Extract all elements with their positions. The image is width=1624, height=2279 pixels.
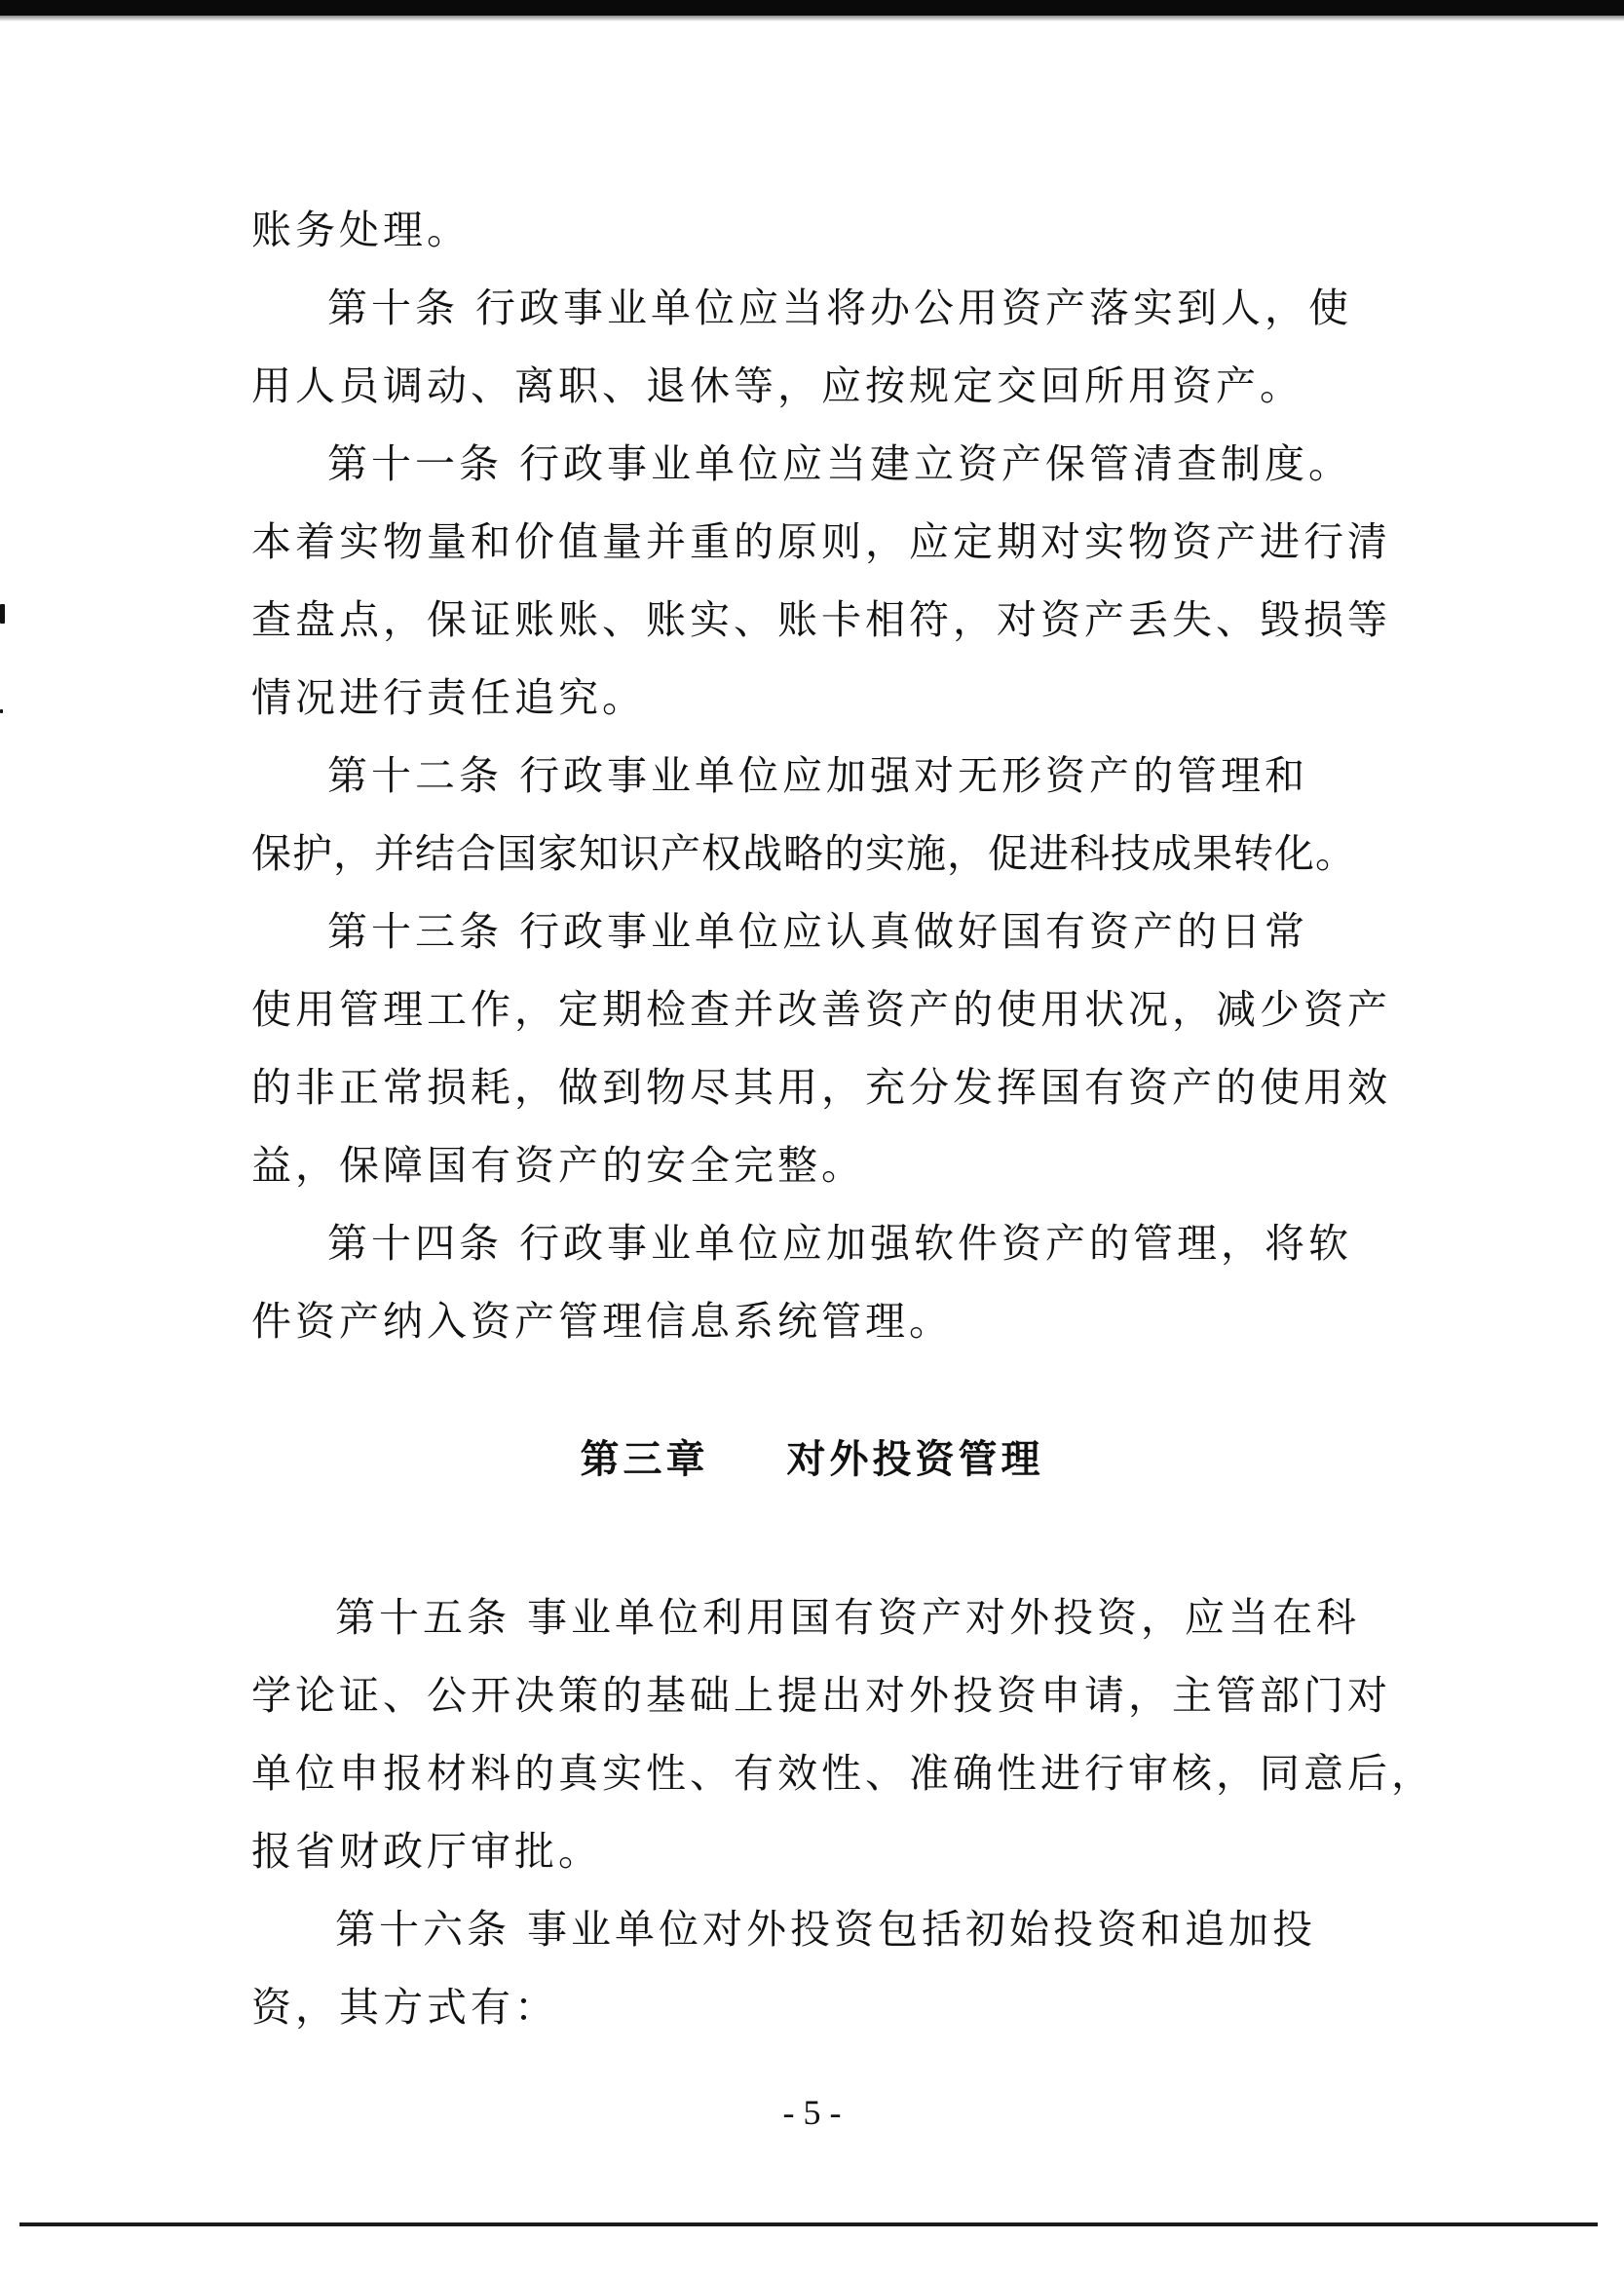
article-10-line-2: 用人员调动、离职、退休等，应按规定交回所用资产。 [251, 362, 1381, 409]
scan-border-bottom [19, 2222, 1598, 2226]
document-page: 账务处理。 第十条 行政事业单位应当将办公用资产落实到人，使 用人员调动、离职、… [0, 0, 1624, 2279]
article-10-line-1: 第十条 行政事业单位应当将办公用资产落实到人，使 [327, 285, 1457, 331]
chapter-number: 第三章 [581, 1437, 709, 1482]
article-15-line-2: 学论证、公开决策的基础上提出对外投资申请，主管部门对 [251, 1672, 1381, 1719]
article-12-line-1: 第十二条 行政事业单位应加强对无形资产的管理和 [327, 752, 1457, 799]
article-13-line-4: 益，保障国有资产的安全完整。 [251, 1142, 1381, 1189]
article-13-line-1: 第十三条 行政事业单位应认真做好国有资产的日常 [327, 908, 1457, 955]
article-11-line-2: 本着实物量和价值量并重的原则，应定期对实物资产进行清 [251, 518, 1381, 565]
chapter-heading: 第三章对外投资管理 [0, 1436, 1624, 1483]
article-15-line-3: 单位申报材料的真实性、有效性、准确性进行审核，同意后， [251, 1750, 1381, 1797]
page-number: - 5 - [0, 2093, 1624, 2132]
article-11-line-1: 第十一条 行政事业单位应当建立资产保管清查制度。 [327, 440, 1457, 487]
article-15-line-1: 第十五条 事业单位利用国有资产对外投资，应当在科 [335, 1594, 1465, 1641]
article-12-line-2: 保护，并结合国家知识产权战略的实施，促进科技成果转化。 [251, 830, 1381, 877]
article-16-line-2: 资，其方式有： [251, 1984, 1381, 2031]
article-13-line-2: 使用管理工作，定期检查并改善资产的使用状况，减少资产 [251, 986, 1381, 1033]
article-15-line-4: 报省财政厅审批。 [251, 1828, 1381, 1875]
paragraph-line: 账务处理。 [251, 207, 1381, 253]
chapter-title: 对外投资管理 [787, 1437, 1044, 1482]
article-11-line-4: 情况进行责任追究。 [251, 674, 1381, 721]
article-14-line-2: 件资产纳入资产管理信息系统管理。 [251, 1298, 1381, 1345]
article-16-line-1: 第十六条 事业单位对外投资包括初始投资和追加投 [335, 1906, 1465, 1953]
article-14-line-1: 第十四条 行政事业单位应加强软件资产的管理，将软 [327, 1220, 1457, 1267]
article-11-line-3: 查盘点，保证账账、账实、账卡相符，对资产丢失、毁损等 [251, 596, 1381, 643]
article-13-line-3: 的非正常损耗，做到物尽其用，充分发挥国有资产的使用效 [251, 1064, 1381, 1111]
